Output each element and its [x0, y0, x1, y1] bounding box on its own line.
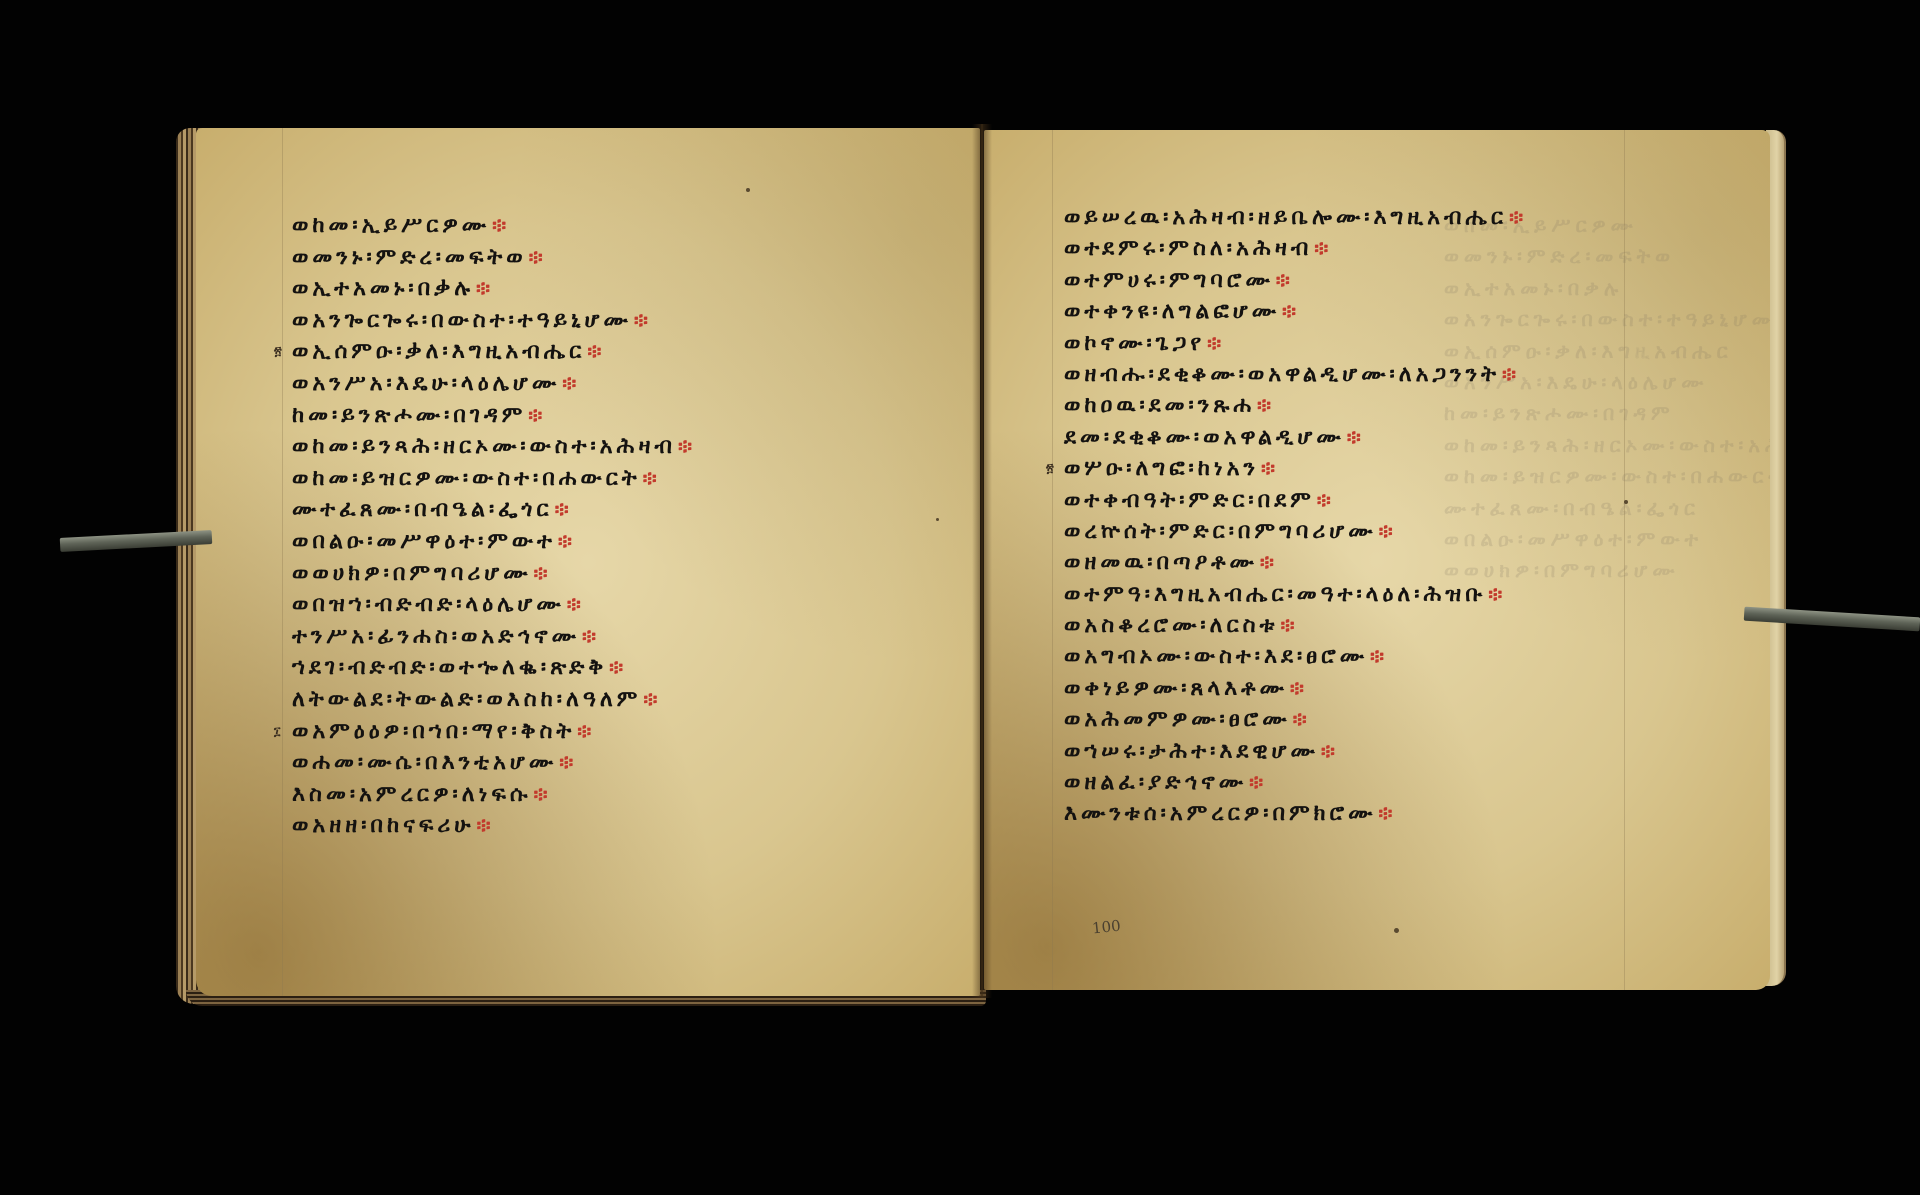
line-text: ወከመ፡ይንጻሕ፡ዘርኦሙ፡ውስተ፡አሕዛብ	[292, 434, 676, 459]
line-text: ሙተፈጸሙ፡በብዔል፡ፌጎር	[292, 497, 553, 522]
rubric-punctuation-icon: ፨	[1282, 299, 1300, 323]
line-text: ወተደምሩ፡ምስለ፡አሕዛብ	[1064, 236, 1312, 261]
rubric-punctuation-icon: ፨	[678, 434, 696, 458]
text-line: ወተደምሩ፡ምስለ፡አሕዛብ፨	[1064, 233, 1527, 264]
text-line: ወተቀንዩ፡ለግልፎሆሙ፨	[1064, 296, 1527, 327]
line-text: ወረኵሰት፡ምድር፡በምግባሪሆሙ	[1064, 519, 1377, 544]
text-line: ወቀነይዎሙ፡ጸላእቶሙ፨	[1064, 673, 1527, 704]
ink-speck	[746, 188, 750, 192]
text-line: ወተምሀሩ፡ምግባሮሙ፨	[1064, 265, 1527, 296]
line-text: ወመንኑ፡ምድረ፡መፍትወ	[292, 245, 527, 270]
rubric-punctuation-icon: ፨	[1207, 331, 1225, 355]
rubric-punctuation-icon: ፨	[634, 308, 652, 332]
line-text: ወአግብኦሙ፡ውስተ፡እደ፡ፀሮሙ	[1064, 644, 1368, 669]
margin-numeral: ፳	[1046, 453, 1054, 484]
line-text: ደመ፡ደቂቆሙ፡ወአዋልዲሆሙ	[1064, 425, 1345, 450]
line-text: እሙንቱሰ፡አምረርዎ፡በምክሮሙ	[1064, 801, 1376, 826]
line-text: ወሦዑ፡ለግፎ፡ከነአን	[1064, 456, 1259, 481]
text-line: ወበልዑ፡መሥዋዕተ፡ምውተ፨	[292, 526, 696, 558]
margin-numeral: ፲	[274, 716, 280, 748]
rubric-punctuation-icon: ፨	[1317, 488, 1335, 512]
line-text: እስመ፡አምረርዎ፡ለነፍሱ	[292, 782, 532, 807]
text-line: ወአንጐርጐሩ፡በውስተ፡ተዓይኒሆሙ፨	[292, 305, 696, 337]
text-line: ኀደገ፡ብድብድ፡ወተኈለቈ፡ጽድቅ፨	[292, 652, 696, 684]
rubric-punctuation-icon: ፨	[534, 782, 552, 806]
line-text: ወቀነይዎሙ፡ጸላእቶሙ	[1064, 676, 1288, 701]
line-text: ኀደገ፡ብድብድ፡ወተኈለቈ፡ጽድቅ	[292, 655, 607, 680]
gutter	[972, 124, 992, 998]
line-text: ወተቀንዩ፡ለግልፎሆሙ	[1064, 299, 1280, 324]
rubric-punctuation-icon: ፨	[1379, 519, 1397, 543]
rubric-punctuation-icon: ፨	[559, 750, 577, 774]
ink-speck	[936, 518, 939, 521]
rubric-punctuation-icon: ፨	[492, 213, 510, 237]
rubric-punctuation-icon: ፨	[1293, 707, 1311, 731]
text-line: ወአስቆረሮሙ፡ለርስቱ፨	[1064, 610, 1527, 641]
ink-speck	[1624, 500, 1628, 504]
rubric-punctuation-icon: ፨	[643, 687, 661, 711]
line-text: ወዘመዉ፡በጣዖቶሙ	[1064, 550, 1258, 575]
rubric-punctuation-icon: ፨	[529, 245, 547, 269]
line-text: ወወሀክዎ፡በምግባሪሆሙ	[292, 561, 532, 586]
line-text: ወአንጐርጐሩ፡በውስተ፡ተዓይኒሆሙ	[292, 308, 632, 333]
left-page-text: ወከመ፡ኢይሥርዎሙ፨ወመንኑ፡ምድረ፡መፍትወ፨ወኢተአመኑ፡በቃሉ፨ወአንጐ…	[292, 210, 696, 842]
rubric-punctuation-icon: ፨	[528, 403, 546, 427]
line-text: ወአሕመምዎሙ፡ፀሮሙ	[1064, 707, 1291, 732]
rubric-punctuation-icon: ፨	[555, 497, 573, 521]
text-line: ወይሠረዉ፡አሕዛብ፡ዘይቤሎሙ፡እግዚአብሔር፨	[1064, 202, 1527, 233]
text-line: ወከዐዉ፡ደመ፡ንጹሐ፨	[1064, 390, 1527, 421]
rubric-punctuation-icon: ፨	[476, 813, 494, 837]
line-text: ወተምሀሩ፡ምግባሮሙ	[1064, 268, 1274, 293]
folio-number: 100	[1091, 917, 1121, 938]
line-text: ወአምዕዕዎ፡በኀበ፡ማየ፡ቅስት	[292, 719, 575, 744]
text-line: እሙንቱሰ፡አምረርዎ፡በምክሮሙ፨	[1064, 798, 1527, 829]
text-line: ወአሕመምዎሙ፡ፀሮሙ፨	[1064, 704, 1527, 735]
line-text: ወአዘዘ፡በከናፍሪሁ	[292, 813, 474, 838]
text-line: ወከመ፡ይንጻሕ፡ዘርኦሙ፡ውስተ፡አሕዛብ፨	[292, 431, 696, 463]
line-text: ለትውልደ፡ትውልድ፡ወእስከ፡ለዓለም	[292, 687, 641, 712]
text-line: ወዘብሑ፡ደቂቆሙ፡ወአዋልዲሆሙ፡ለአጋንንት፨	[1064, 359, 1527, 390]
rubric-punctuation-icon: ፨	[587, 339, 605, 363]
text-line: ለትውልደ፡ትውልድ፡ወእስከ፡ለዓለም፨	[292, 684, 696, 716]
left-page: ወከመ፡ኢይሥርዎሙ፨ወመንኑ፡ምድረ፡መፍትወ፨ወኢተአመኑ፡በቃሉ፨ወአንጐ…	[196, 128, 980, 996]
ink-speck	[1394, 928, 1399, 933]
text-line: ወከመ፡ኢይሥርዎሙ፨	[292, 210, 696, 242]
rubric-punctuation-icon: ፨	[476, 276, 494, 300]
rubric-punctuation-icon: ፨	[1378, 801, 1396, 825]
text-line: ፲ወአምዕዕዎ፡በኀበ፡ማየ፡ቅስት፨	[292, 716, 696, 748]
text-line: ወመንኑ፡ምድረ፡መፍትወ፨	[292, 242, 696, 274]
rubric-punctuation-icon: ፨	[567, 592, 585, 616]
rubric-punctuation-icon: ፨	[1321, 739, 1339, 763]
text-line: ፳ወኢሰምዑ፡ቃለ፡እግዚአብሔር፨	[292, 336, 696, 368]
line-text: ወኢሰምዑ፡ቃለ፡እግዚአብሔር	[292, 339, 585, 364]
text-line: ሙተፈጸሙ፡በብዔል፡ፌጎር፨	[292, 494, 696, 526]
rubric-punctuation-icon: ፨	[1290, 676, 1308, 700]
margin-numeral: ፳	[274, 336, 282, 368]
line-text: ወበዝኀ፡ብድብድ፡ላዕሌሆሙ	[292, 592, 565, 617]
rubric-punctuation-icon: ፨	[609, 655, 627, 679]
text-line: ወበዝኀ፡ብድብድ፡ላዕሌሆሙ፨	[292, 589, 696, 621]
rubric-punctuation-icon: ፨	[1249, 770, 1267, 794]
text-line: ወረኵሰት፡ምድር፡በምግባሪሆሙ፨	[1064, 516, 1527, 547]
text-line: ወአዘዘ፡በከናፍሪሁ፨	[292, 810, 696, 842]
rubric-punctuation-icon: ፨	[582, 624, 600, 648]
text-line: ወአንሥአ፡እዴሁ፡ላዕሌሆሙ፨	[292, 368, 696, 400]
rubric-punctuation-icon: ፨	[1260, 550, 1278, 574]
rubric-punctuation-icon: ፨	[1276, 268, 1294, 292]
rubric-punctuation-icon: ፨	[1509, 205, 1527, 229]
rubric-punctuation-icon: ፨	[562, 371, 580, 395]
text-line: ወወሀክዎ፡በምግባሪሆሙ፨	[292, 558, 696, 590]
rubric-punctuation-icon: ፨	[1314, 236, 1332, 260]
line-text: ወኀሠሩ፡ታሕተ፡እደዊሆሙ	[1064, 739, 1319, 764]
line-text: ወኢተአመኑ፡በቃሉ	[292, 276, 474, 301]
text-line: ወከመ፡ይዝርዎሙ፡ውስተ፡በሐውርት፨	[292, 463, 696, 495]
line-text: ወከዐዉ፡ደመ፡ንጹሐ	[1064, 393, 1255, 418]
text-line: ወኢተአመኑ፡በቃሉ፨	[292, 273, 696, 305]
right-page-text: ወይሠረዉ፡አሕዛብ፡ዘይቤሎሙ፡እግዚአብሔር፨ወተደምሩ፡ምስለ፡አሕዛብ፨…	[1064, 202, 1527, 830]
text-line: ከመ፡ይንጽሖሙ፡በገዳም፨	[292, 400, 696, 432]
line-text: ወይሠረዉ፡አሕዛብ፡ዘይቤሎሙ፡እግዚአብሔር	[1064, 205, 1507, 230]
line-text: ወአንሥአ፡እዴሁ፡ላዕሌሆሙ	[292, 371, 560, 396]
text-line: ወዘመዉ፡በጣዖቶሙ፨	[1064, 547, 1527, 578]
text-line: ፳ወሦዑ፡ለግፎ፡ከነአን፨	[1064, 453, 1527, 484]
rubric-punctuation-icon: ፨	[1261, 456, 1279, 480]
rubric-punctuation-icon: ፨	[1370, 644, 1388, 668]
text-line: ወአግብኦሙ፡ውስተ፡እደ፡ፀሮሙ፨	[1064, 641, 1527, 672]
manuscript-spread: ወከመ፡ኢይሥርዎሙ፨ወመንኑ፡ምድረ፡መፍትወ፨ወኢተአመኑ፡በቃሉ፨ወአንጐ…	[0, 0, 1920, 1195]
text-line: እስመ፡አምረርዎ፡ለነፍሱ፨	[292, 779, 696, 811]
ruling-line	[1624, 130, 1625, 990]
right-page: ወከመ፡ኢይሥርዎሙወመንኑ፡ምድረ፡መፍትወወኢተአመኑ፡በቃሉወአንጐርጐሩ…	[984, 130, 1770, 990]
text-line: ወሐመ፡ሙሴ፡በእንቲአሆሙ፨	[292, 747, 696, 779]
rubric-punctuation-icon: ፨	[1280, 613, 1298, 637]
rubric-punctuation-icon: ፨	[1488, 582, 1506, 606]
rubric-punctuation-icon: ፨	[643, 466, 661, 490]
ruling-line	[1052, 130, 1053, 990]
rubric-punctuation-icon: ፨	[558, 529, 576, 553]
line-text: ወተምዓ፡እግዚአብሔር፡መዓተ፡ላዕለ፡ሕዝቡ	[1064, 582, 1486, 607]
line-text: ከመ፡ይንጽሖሙ፡በገዳም	[292, 403, 526, 428]
line-text: ወከመ፡ይዝርዎሙ፡ውስተ፡በሐውርት	[292, 466, 641, 491]
line-text: ወኮኖሙ፡ጌጋየ	[1064, 331, 1205, 356]
line-text: ወሐመ፡ሙሴ፡በእንቲአሆሙ	[292, 750, 557, 775]
ruling-line	[282, 128, 283, 996]
text-line: ወኮኖሙ፡ጌጋየ፨	[1064, 328, 1527, 359]
text-line: ወኀሠሩ፡ታሕተ፡እደዊሆሙ፨	[1064, 736, 1527, 767]
line-text: ወተቀብዓት፡ምድር፡በደም	[1064, 488, 1315, 513]
rubric-punctuation-icon: ፨	[1347, 425, 1365, 449]
rubric-punctuation-icon: ፨	[1502, 362, 1520, 386]
line-text: ወዘብሑ፡ደቂቆሙ፡ወአዋልዲሆሙ፡ለአጋንንት	[1064, 362, 1500, 387]
line-text: ወዘልፈ፡ያድኅኖሙ	[1064, 770, 1247, 795]
line-text: ወበልዑ፡መሥዋዕተ፡ምውተ	[292, 529, 556, 554]
rubric-punctuation-icon: ፨	[577, 719, 595, 743]
line-text: ወከመ፡ኢይሥርዎሙ	[292, 213, 490, 238]
text-line: ወዘልፈ፡ያድኅኖሙ፨	[1064, 767, 1527, 798]
line-text: ተንሥአ፡ፊንሐስ፡ወአድኅኖሙ	[292, 624, 580, 649]
text-line: ወተምዓ፡እግዚአብሔር፡መዓተ፡ላዕለ፡ሕዝቡ፨	[1064, 579, 1527, 610]
rubric-punctuation-icon: ፨	[534, 561, 552, 585]
text-line: ተንሥአ፡ፊንሐስ፡ወአድኅኖሙ፨	[292, 621, 696, 653]
text-line: ወተቀብዓት፡ምድር፡በደም፨	[1064, 485, 1527, 516]
rubric-punctuation-icon: ፨	[1257, 393, 1275, 417]
line-text: ወአስቆረሮሙ፡ለርስቱ	[1064, 613, 1278, 638]
text-line: ደመ፡ደቂቆሙ፡ወአዋልዲሆሙ፨	[1064, 422, 1527, 453]
